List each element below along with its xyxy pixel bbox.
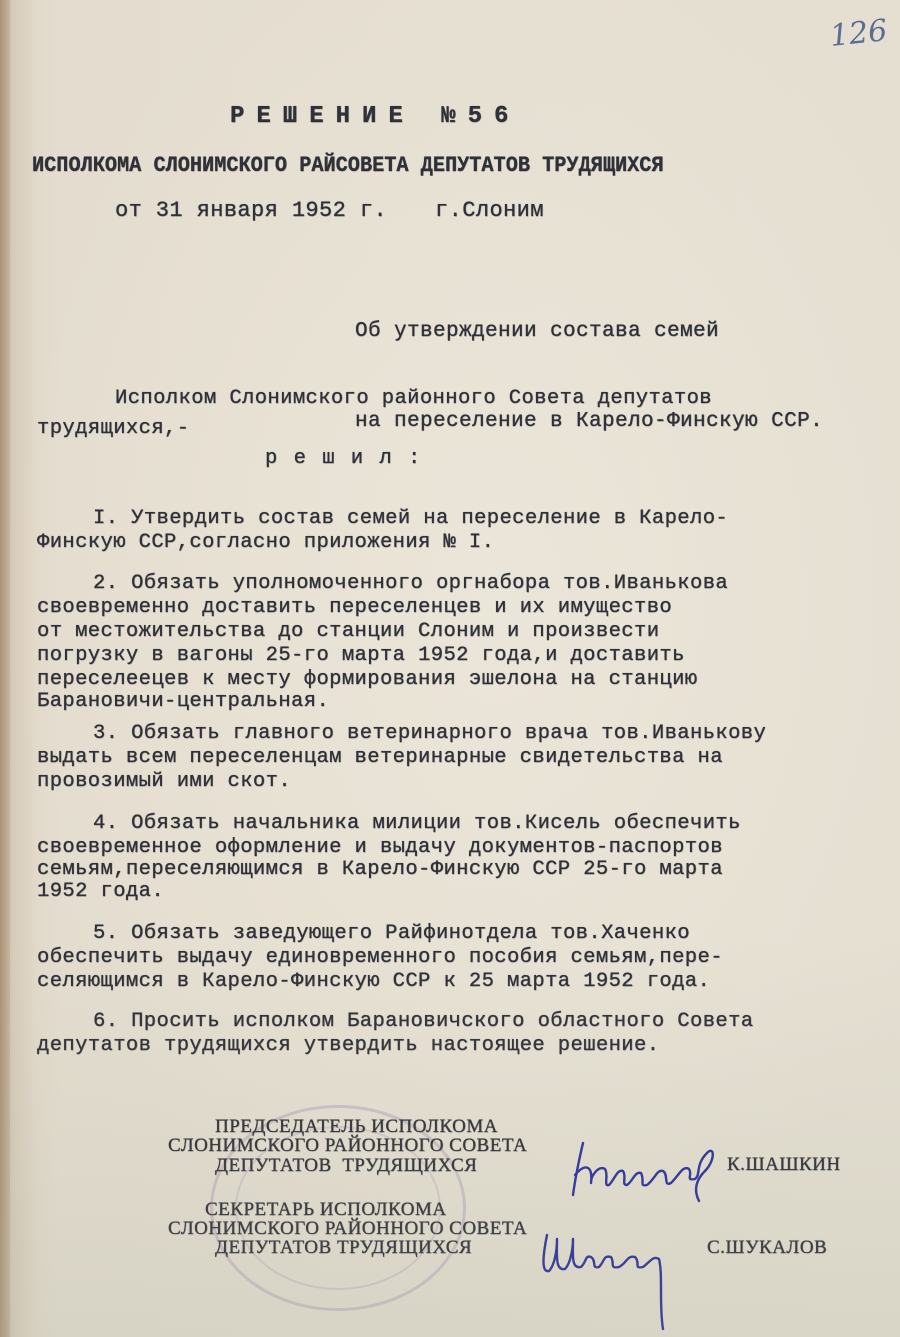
subject-line: на переселение в Карело-Финскую ССР.: [355, 407, 823, 437]
item-4-line: своевременное оформление и выдачу докуме…: [37, 836, 723, 860]
item-5-line: 5. Обязать заведующего Райфинотдела тов.…: [93, 922, 690, 946]
item-2-line: своевременно доставить переселенцев и их…: [37, 596, 672, 620]
item-2-line: 2. Обязать уполномоченного оргнабора тов…: [93, 572, 728, 596]
preamble-line: Исполком Слонимского районного Совета де…: [115, 387, 712, 411]
secretary-position-line: СЕКРЕТАРЬ ИСПОЛКОМА: [205, 1200, 447, 1219]
item-6-line: 6. Просить исполком Барановичского облас…: [93, 1010, 754, 1034]
item-2-line: от местожительства до станции Слоним и п…: [37, 620, 659, 644]
item-4-line: семьям,переселяющимся в Карело-Финскую С…: [37, 858, 723, 882]
secretary-signature: [535, 1225, 685, 1335]
handwritten-page-number: 126: [828, 13, 889, 54]
document-page: 126 РЕШЕНИЕ №56 ИСПОЛКОМА СЛОНИМСКОГО РА…: [0, 0, 900, 1337]
chairman-name: К.ШАШКИН: [727, 1155, 841, 1174]
secretary-position-line: ДЕПУТАТОВ ТРУДЯЩИХСЯ: [215, 1238, 472, 1257]
item-3-line: выдать всем переселенцам ветеринарные св…: [37, 746, 723, 770]
item-6-line: депутатов трудящихся утвердить настоящее…: [37, 1034, 659, 1058]
chairman-position-line: СЛОНИМСКОГО РАЙОННОГО СОВЕТА: [168, 1136, 527, 1155]
chairman-signature: [565, 1135, 740, 1205]
item-5-line: обеспечить выдачу единовременного пособи…: [37, 946, 723, 970]
issuer-line: ИСПОЛКОМА СЛОНИМСКОГО РАЙСОВЕТА ДЕПУТАТО…: [32, 153, 664, 178]
item-1-line: Финскую ССР,согласно приложения № I.: [37, 531, 494, 555]
item-3-line: 3. Обязать главного ветеринарного врача …: [93, 722, 766, 746]
date-line: от 31 января 1952 г.г.Слоним: [115, 198, 544, 223]
subject-block: Об утверждении состава семей на переселе…: [355, 257, 823, 497]
item-1-line: I. Утвердить состав семей на переселение…: [93, 507, 728, 531]
item-3-line: провозимый ими скот.: [37, 770, 291, 794]
secretary-name: С.ШУКАЛОВ: [707, 1238, 827, 1257]
item-2-line: переселеецев к месту формирования эшелон…: [37, 668, 698, 692]
item-2-line: погрузку в вагоны 25-го марта 1952 года,…: [37, 644, 685, 668]
chairman-position-line: ПРЕДСЕДАТЕЛЬ ИСПОЛКОМА: [215, 1117, 498, 1136]
item-4-line: 1952 года.: [37, 880, 164, 904]
binding-edge: [0, 0, 10, 1337]
document-title: РЕШЕНИЕ №56: [230, 103, 520, 130]
secretary-position-line: СЛОНИМСКОГО РАЙОННОГО СОВЕТА: [168, 1219, 527, 1238]
preamble-line: трудящихся,-: [37, 417, 189, 441]
document-city: г.Слоним: [435, 198, 544, 223]
item-4-line: 4. Обязать начальника милиции тов.Кисель…: [93, 812, 741, 836]
chairman-position-line: ДЕПУТАТОВ ТРУДЯЩИХСЯ: [215, 1156, 477, 1175]
subject-line: Об утверждении состава семей: [355, 317, 823, 347]
item-5-line: селяющимся в Карело-Финскую ССР к 25 мар…: [37, 970, 710, 994]
resolved-heading: р е ш и л :: [265, 447, 422, 471]
item-2-line: Барановичи-центральная.: [37, 690, 329, 714]
document-date: от 31 января 1952 г.: [115, 198, 387, 223]
